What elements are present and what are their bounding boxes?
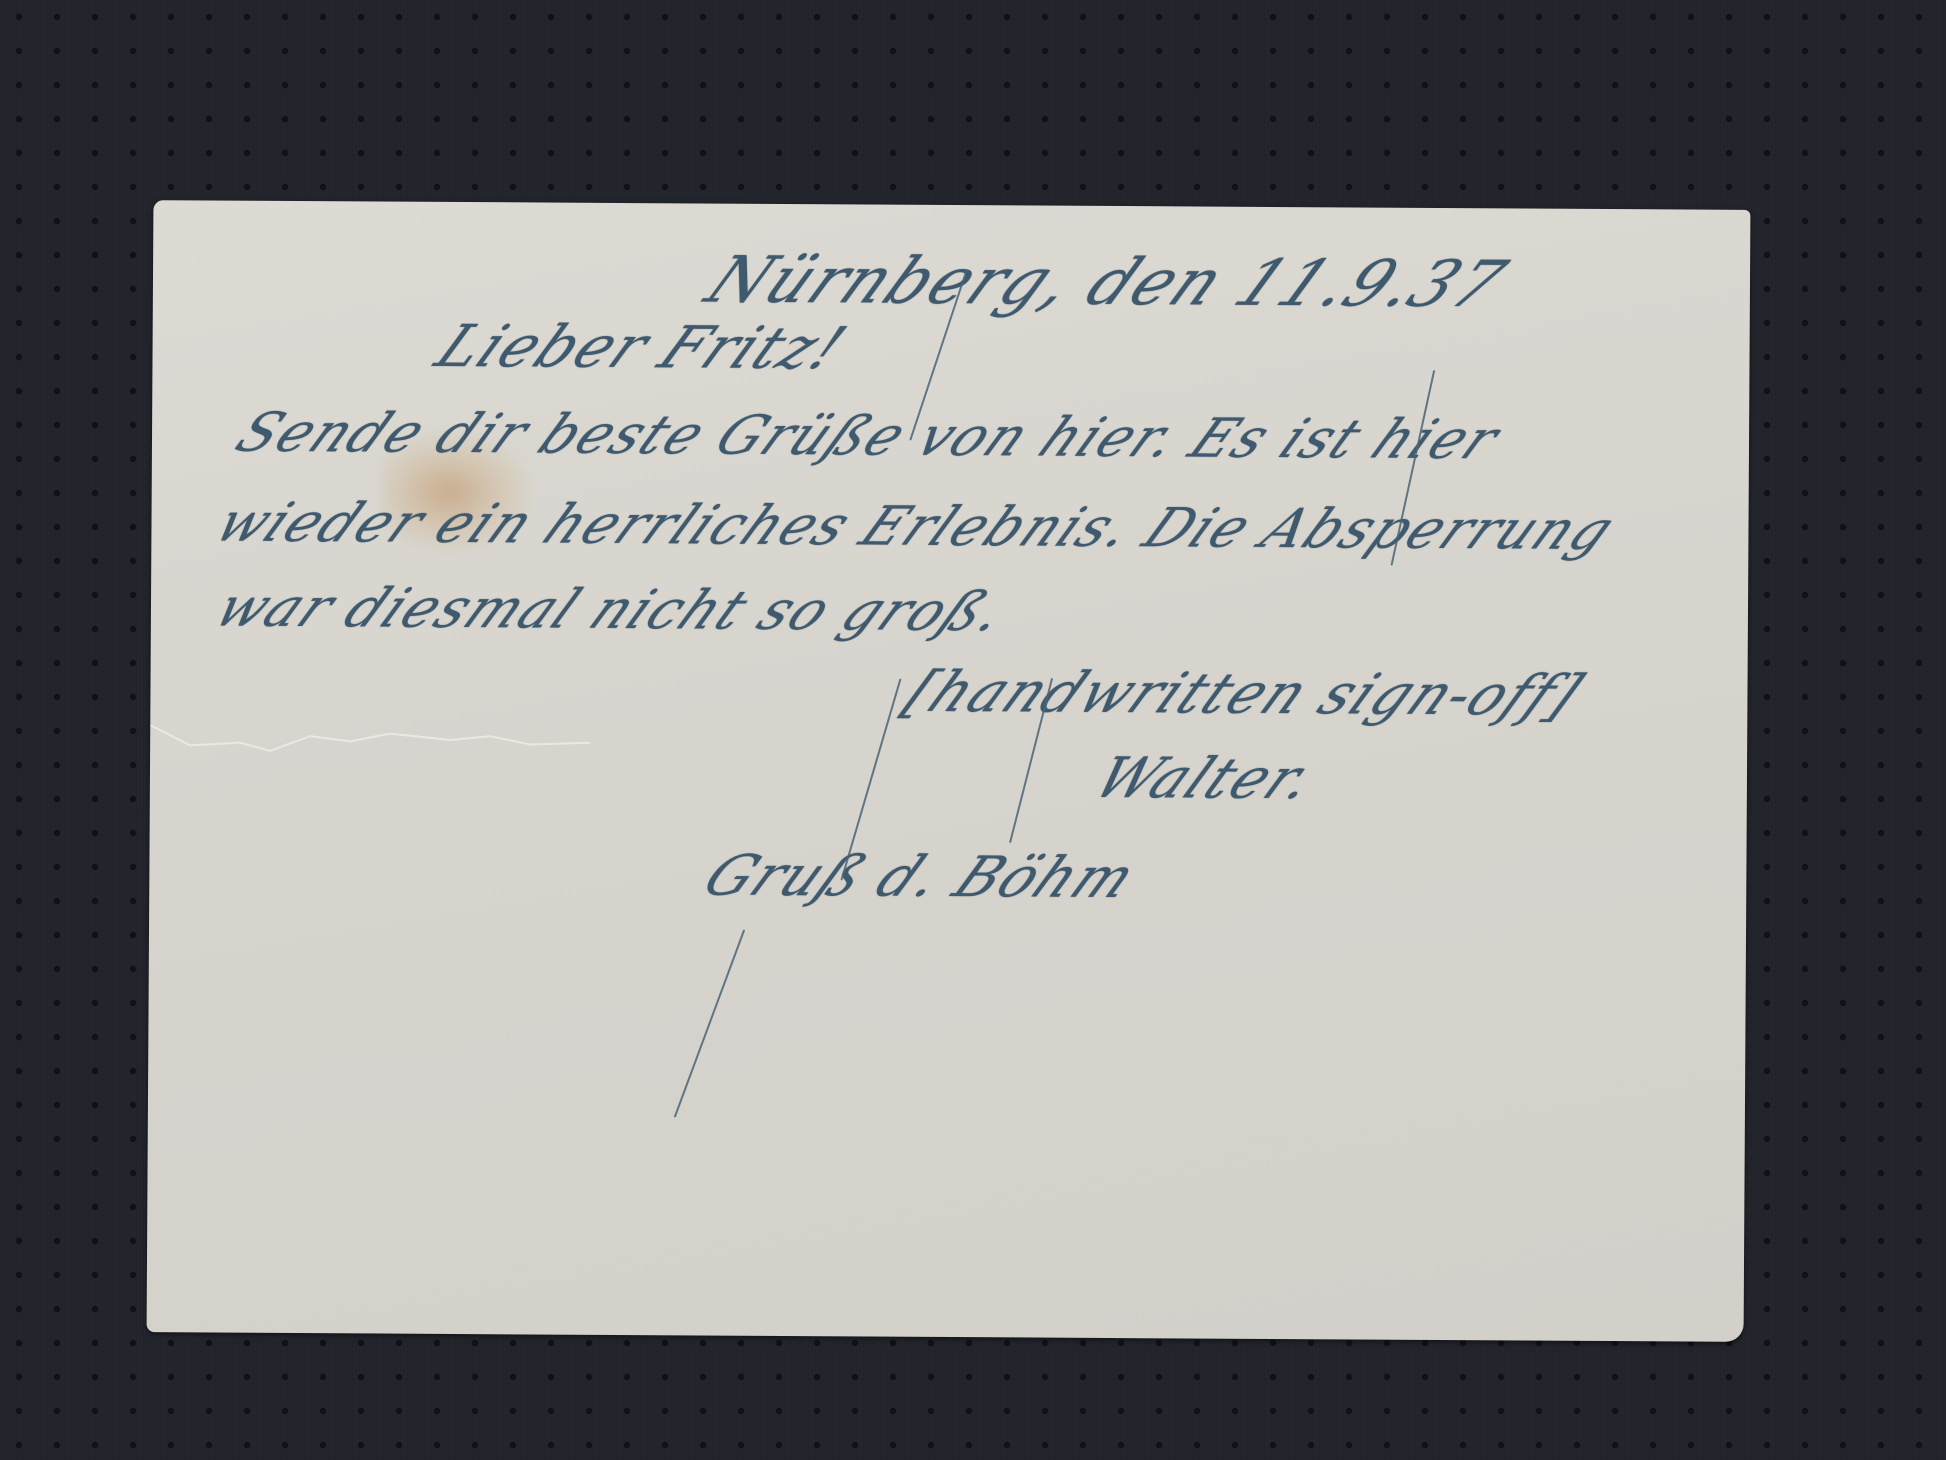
closing-line: [handwritten sign-off] bbox=[893, 660, 1594, 729]
body-line-1: Sende dir beste Grüße von hier. Es ist h… bbox=[225, 401, 1512, 471]
body-line-2: wieder ein herrliches Erlebnis. Die Absp… bbox=[205, 491, 1628, 562]
signature: Walter. bbox=[1082, 746, 1329, 812]
dateline: Nürnberg, den 11.9.37 bbox=[693, 244, 1520, 323]
postcard: Nürnberg, den 11.9.37 Lieber Fritz! Send… bbox=[147, 200, 1751, 1342]
additional-greeting: Gruß d. Böhm bbox=[692, 844, 1149, 911]
body-line-3: war diesmal nicht so groß. bbox=[204, 576, 1020, 644]
paper-crease bbox=[150, 720, 590, 763]
descender-stroke bbox=[674, 929, 745, 1117]
salutation: Lieber Fritz! bbox=[424, 312, 859, 382]
